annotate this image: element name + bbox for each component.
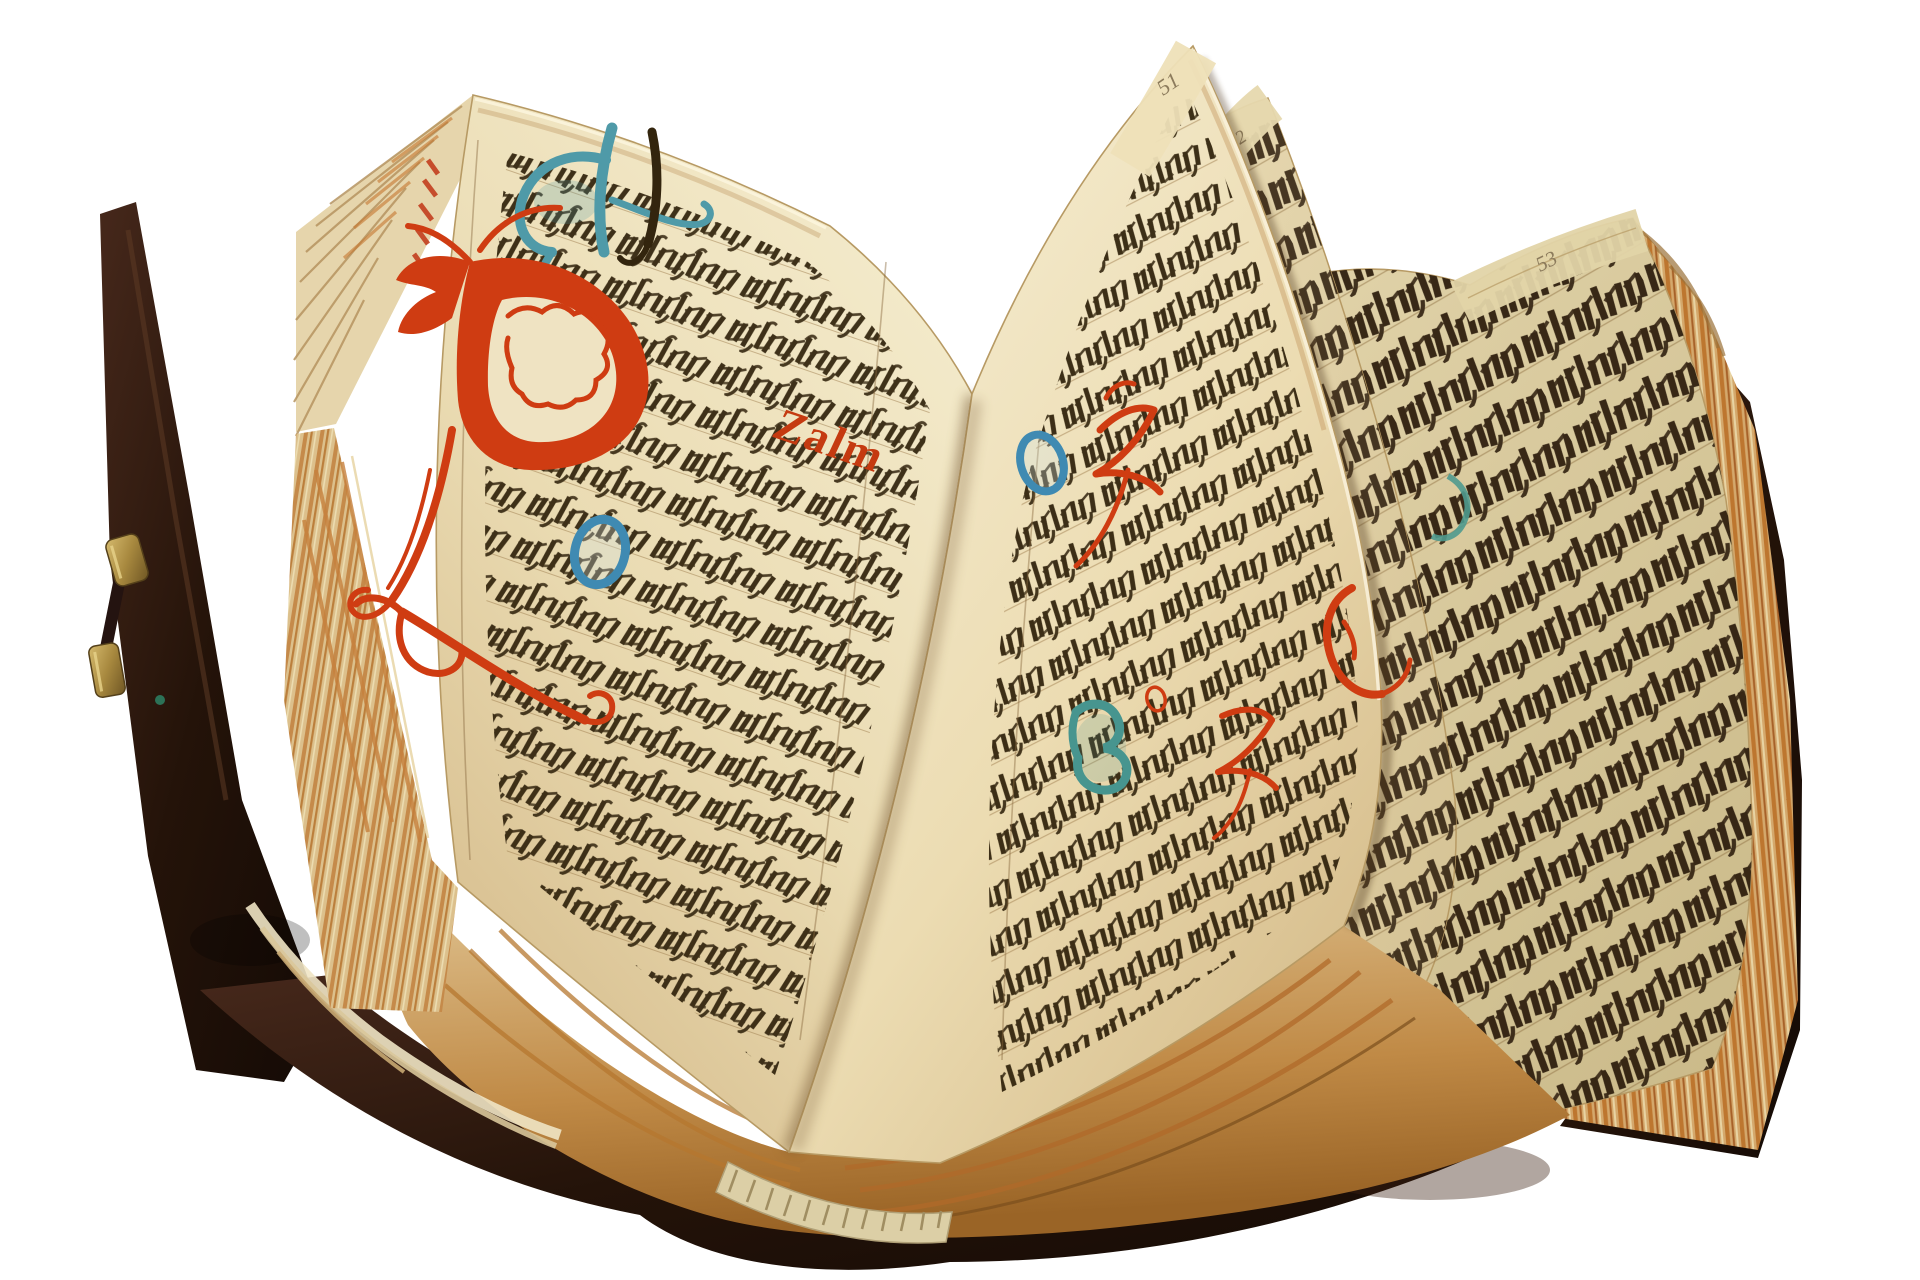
verdigris-spot [155, 695, 165, 705]
photo-open-manuscript: 53 52 [0, 0, 1920, 1280]
manuscript-scene: 53 52 [0, 0, 1920, 1280]
